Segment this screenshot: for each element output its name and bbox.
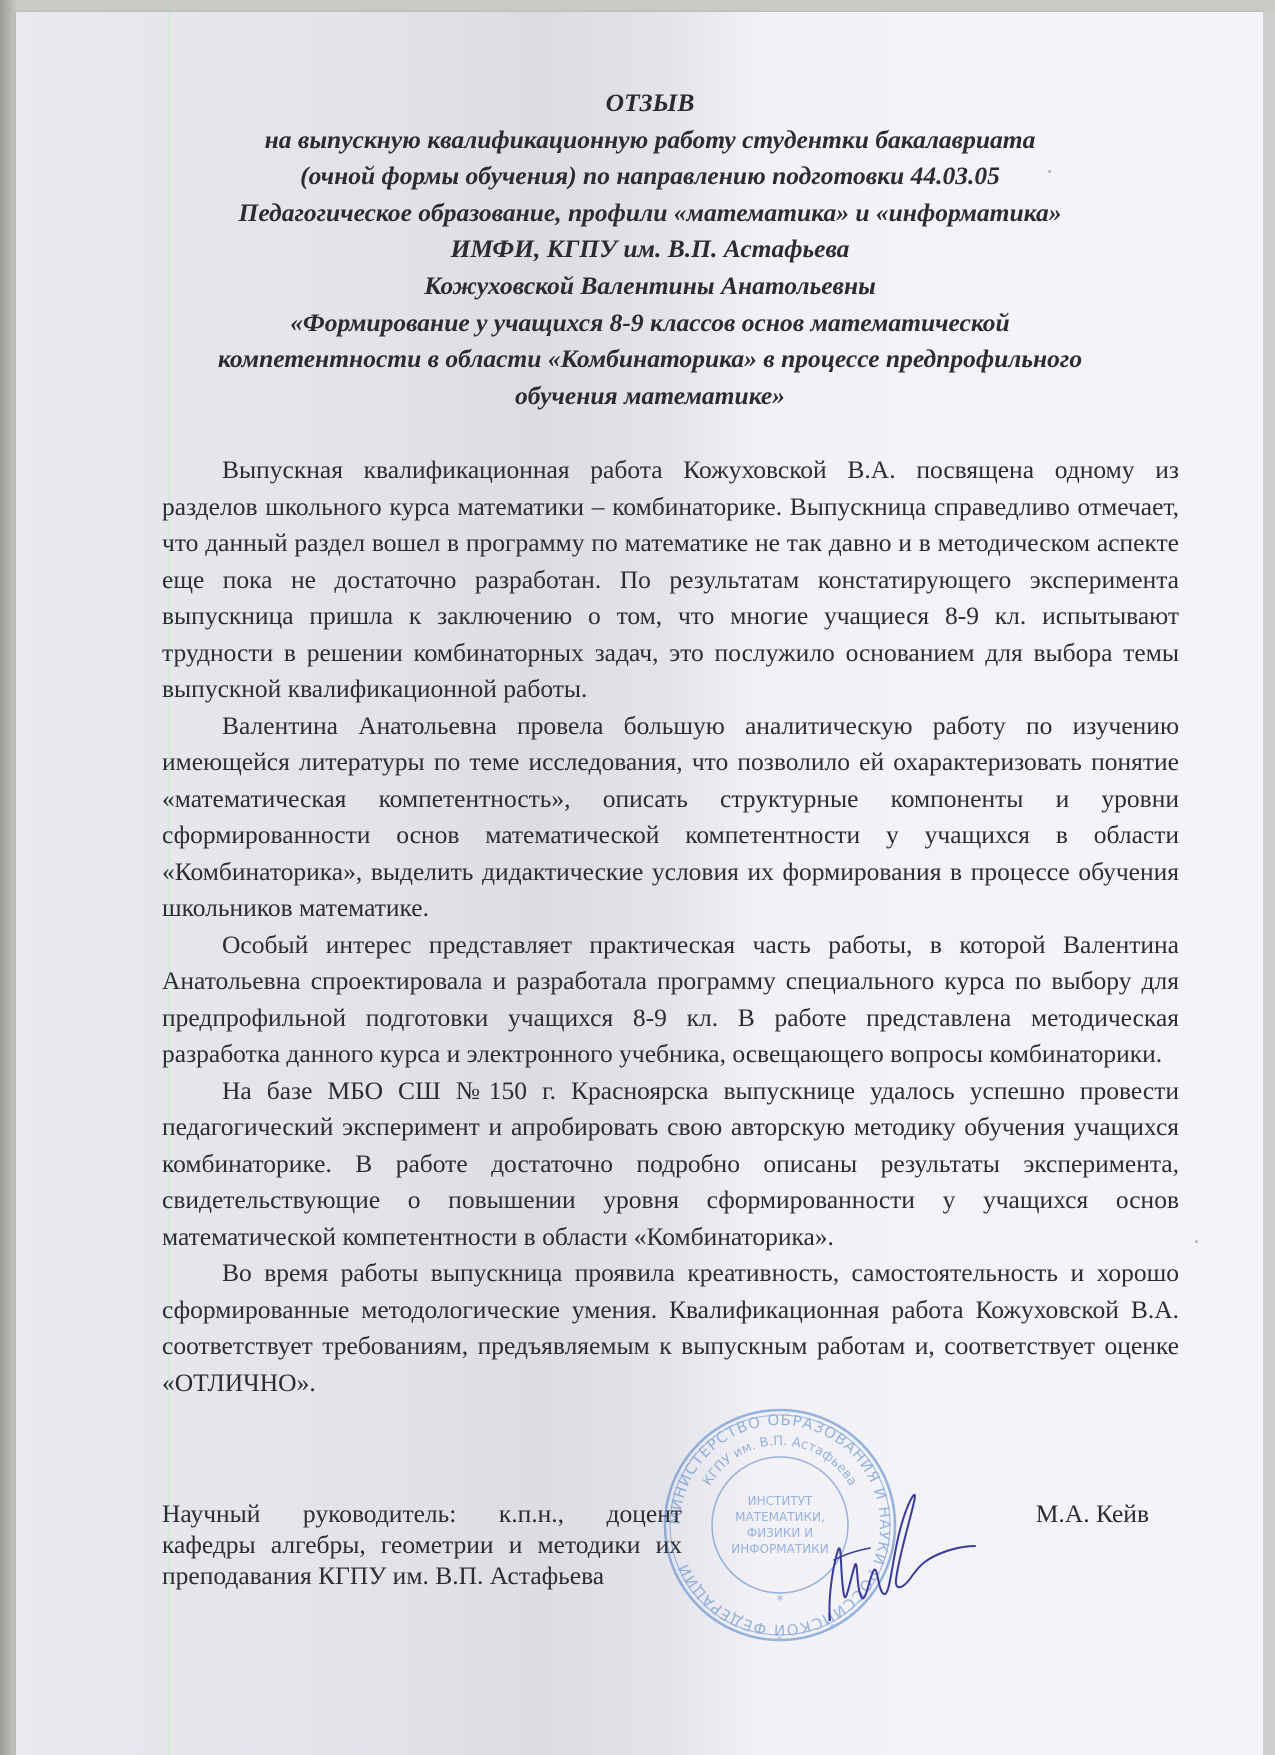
header-line-2: (очной формы обучения) по направлению по… (150, 158, 1150, 195)
document-title: ОТЗЫВ (150, 85, 1150, 122)
header-line-3: Педагогическое образование, профили «мат… (150, 195, 1150, 232)
paragraph-4: На базе МБО СШ №150 г. Красноярска выпус… (162, 1073, 1179, 1256)
signer-role-line-1: Научный руководитель: к.п.н., доцент (162, 1498, 682, 1529)
scan-artifact (1195, 1240, 1198, 1243)
header-thesis-title-3: обучения математике» (150, 378, 1150, 415)
document-header: ОТЗЫВ на выпускную квалификационную рабо… (150, 85, 1150, 414)
signer-role: Научный руководитель: к.п.н., доцент каф… (162, 1498, 682, 1591)
scan-artifact (1048, 170, 1051, 173)
signer-role-line-2: кафедры алгебры, геометрии и методики их (162, 1529, 682, 1560)
paragraph-1: Выпускная квалификационная работа Кожухо… (162, 452, 1179, 708)
scanner-edge-left (0, 0, 16, 1755)
scan-artifact (752, 465, 755, 468)
scanner-edge-top (0, 0, 1275, 12)
signature-block: Научный руководитель: к.п.н., доцент каф… (162, 1498, 1179, 1591)
header-institution: ИМФИ, КГПУ им. В.П. Астафьева (150, 231, 1150, 268)
signer-role-line-3: преподавания КГПУ им. В.П. Астафьева (162, 1560, 682, 1591)
header-thesis-title-1: «Формирование у учащихся 8-9 классов осн… (150, 305, 1150, 342)
handwritten-signature-icon (800, 1480, 980, 1640)
paragraph-2: Валентина Анатольевна провела большую ан… (162, 708, 1179, 927)
header-line-1: на выпускную квалификационную работу сту… (150, 122, 1150, 159)
header-student-name: Кожуховской Валентины Анатольевны (150, 268, 1150, 305)
header-thesis-title-2: компетентности в области «Комбинаторика»… (150, 341, 1150, 378)
review-body: Выпускная квалификационная работа Кожухо… (162, 452, 1179, 1401)
svg-text:*: * (777, 1593, 784, 1609)
paragraph-3: Особый интерес представляет практическая… (162, 927, 1179, 1073)
paragraph-5: Во время работы выпускница проявила креа… (162, 1255, 1179, 1401)
signer-name: М.А. Кейв (1036, 1498, 1149, 1529)
page-right-edge (1263, 12, 1275, 1755)
